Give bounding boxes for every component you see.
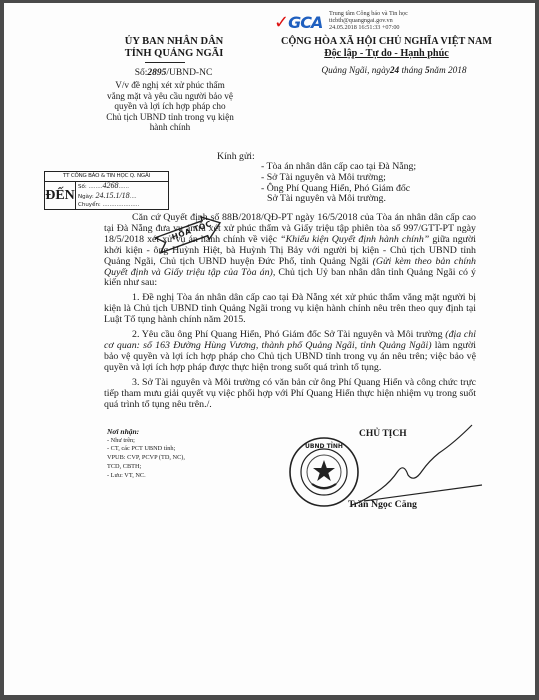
stamp-number-value: 4268 [102, 181, 118, 190]
recipient-continuation: Sở Tài nguyên và Môi trường. [261, 194, 521, 205]
greeting: Kính gửi: [217, 151, 255, 162]
document-number: Số:2895/UBND-NC [116, 68, 231, 78]
signature-timestamp: 24.05.2018 16:51:33 +07:00 [329, 24, 408, 31]
doc-number-prefix: Số: [135, 68, 148, 78]
stamp-number-label: Số: [78, 184, 87, 190]
digital-signature-text: Trung tâm Công báo và Tin học ttcbth@qua… [329, 10, 408, 32]
stamp-transfer-label: Chuyển: [78, 202, 101, 208]
distribution-item: - Như trên; [107, 437, 237, 446]
signature-org: Trung tâm Công báo và Tin học [329, 10, 408, 17]
recipient-item: - Sở Tài nguyên và Môi trường; [261, 173, 521, 184]
distribution-list: Nơi nhận: - Như trên; - CT, các PCT UBND… [107, 428, 237, 480]
date-line: Quảng Ngãi, ngày24 tháng 5năm 2018 [294, 66, 494, 76]
date-year: năm 2018 [430, 66, 467, 76]
recipient-list: - Tòa án nhân dân cấp cao tại Đà Nẵng; -… [261, 162, 521, 205]
stamp-fields: Số: ........4268...... Ngày: 24.15.1/18.… [78, 182, 166, 210]
digital-signature-block: ✓GCA Trung tâm Công báo và Tin học ttcbt… [274, 8, 514, 36]
agency-line-2: TỈNH QUẢNG NGÃI [109, 48, 239, 60]
nation-title: CỘNG HÒA XÃ HỘI CHỦ NGHĨA VIỆT NAM [244, 36, 529, 48]
agency-divider [145, 62, 185, 63]
distribution-item: TCD, CBTH; [107, 463, 237, 472]
gca-logo-icon: ✓GCA [274, 12, 322, 33]
date-prefix: Quảng Ngãi, ngày [321, 66, 389, 76]
stamp-date-label: Ngày: [78, 194, 94, 200]
document-subject: V/v đề nghị xét xử phúc thẩm vắng mặt và… [106, 80, 234, 133]
distribution-title: Nơi nhận: [107, 428, 237, 437]
point-2: 2. Yêu cầu ông Phí Quang Hiển, Phó Giám … [104, 330, 476, 374]
point-3: 3. Sở Tài nguyên và Môi trường có văn bả… [104, 378, 476, 411]
received-stamp: TT CÔNG BÁO & TIN HỌC Q. NGÃI ĐẾN Số: ..… [44, 171, 169, 210]
date-month-label: tháng [401, 66, 422, 76]
date-day: 24 [390, 66, 399, 76]
document-page: ỦY BAN NHÂN DÂN TỈNH QUẢNG NGÃI Số:2895/… [4, 3, 535, 695]
doc-number-handwritten: 2895 [147, 68, 166, 78]
agency-line-1: ỦY BAN NHÂN DÂN [109, 36, 239, 48]
signer-name: Trần Ngọc Căng [348, 499, 417, 510]
stamp-label: ĐẾN [45, 182, 76, 209]
national-motto: Độc lập - Tự do - Hạnh phúc [244, 48, 529, 60]
doc-number-suffix: /UBND-NC [166, 68, 212, 78]
distribution-item: VPUB: CVP, PCVP (TD, NC), [107, 454, 237, 463]
distribution-item: - CT, các PCT UBND tỉnh; [107, 445, 237, 454]
stamp-date-value: 24.15.1/18 [95, 191, 129, 200]
distribution-item: - Lưu: VT, NC. [107, 472, 237, 481]
document-body: Căn cứ Quyết định số 88B/2018/QĐ-PT ngày… [104, 213, 476, 414]
signature-email: ttcbth@quangngai.gov.vn [329, 17, 408, 24]
intro-paragraph: Căn cứ Quyết định số 88B/2018/QĐ-PT ngày… [104, 213, 476, 289]
point-1: 1. Đề nghị Tòa án nhân dân cấp cao tại Đ… [104, 293, 476, 326]
national-header: CỘNG HÒA XÃ HỘI CHỦ NGHĨA VIỆT NAM Độc l… [244, 36, 529, 60]
issuing-agency: ỦY BAN NHÂN DÂN TỈNH QUẢNG NGÃI [109, 36, 239, 60]
